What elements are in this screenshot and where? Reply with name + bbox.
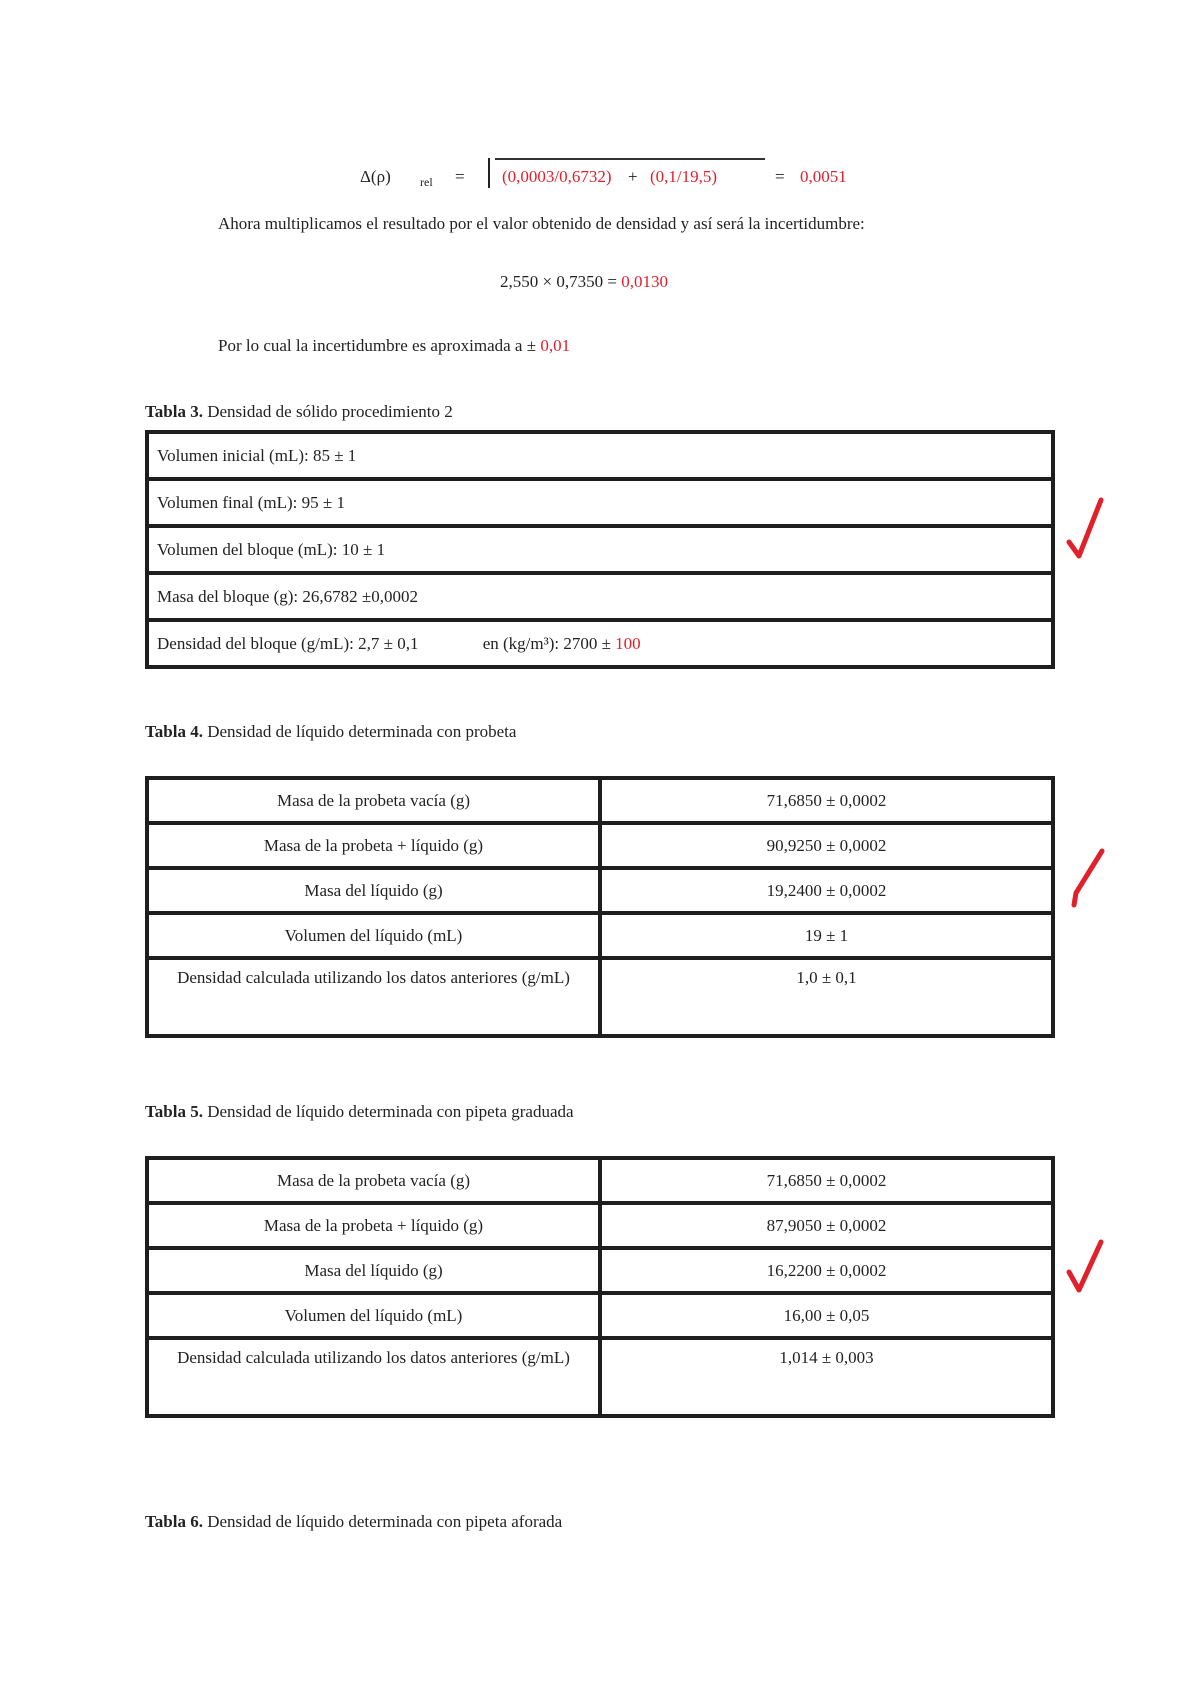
row-value: 19,2400 ± 0,0002 [600, 868, 1053, 913]
row-label: Densidad calculada utilizando los datos … [147, 958, 600, 1036]
conclusion-text: Por lo cual la incertidumbre es aproxima… [218, 336, 540, 355]
table2-caption: Tabla 4. Densidad de líquido determinada… [145, 722, 516, 742]
density-kg-uncertainty: 100 [615, 634, 641, 653]
table3-caption-text: Densidad de líquido determinada con pipe… [203, 1102, 574, 1121]
row-value: 71,6850 ± 0,0002 [600, 778, 1053, 823]
table-cell: Densidad del bloque (g/mL): 2,7 ± 0,1 en… [147, 620, 1053, 667]
table-row: Volumen inicial (mL): 85 ± 1 [147, 432, 1053, 479]
table-row: Volumen final (mL): 95 ± 1 [147, 479, 1053, 526]
row-label: Masa del líquido (g) [147, 868, 600, 913]
row-label: Volumen del líquido (mL) [147, 913, 600, 958]
table-row: Densidad calculada utilizando los datos … [147, 958, 1053, 1036]
row-value: 19 ± 1 [600, 913, 1053, 958]
equation-text: 2,550 × 0,7350 = [500, 272, 621, 291]
table-row: Masa del líquido (g)16,2200 ± 0,0002 [147, 1248, 1053, 1293]
table-row: Masa de la probeta vacía (g)71,6850 ± 0,… [147, 1158, 1053, 1203]
row-label: Volumen del líquido (mL) [147, 1293, 600, 1338]
row-value: 1,0 ± 0,1 [600, 958, 1053, 1036]
formula-term1: (0,0003/0,6732) [502, 167, 612, 187]
table3-caption: Tabla 5. Densidad de líquido determinada… [145, 1102, 574, 1122]
formula-result: 0,0051 [800, 167, 847, 187]
table2-caption-label: Tabla 4. [145, 722, 203, 741]
checkmark-icon [1068, 845, 1108, 915]
table4-caption-text: Densidad de líquido determinada con pipe… [203, 1512, 562, 1531]
table-liquid-density-probeta: Masa de la probeta vacía (g)71,6850 ± 0,… [145, 776, 1055, 1038]
formula-left: Δ(ρ) [360, 167, 391, 187]
table-cell: Masa del bloque (g): 26,6782 ±0,0002 [147, 573, 1053, 620]
table-row: Volumen del líquido (mL)16,00 ± 0,05 [147, 1293, 1053, 1338]
row-value: 90,9250 ± 0,0002 [600, 823, 1053, 868]
formula-subscript: rel [420, 175, 433, 190]
table-row: Masa de la probeta + líquido (g)87,9050 … [147, 1203, 1053, 1248]
table-solid-density: Volumen inicial (mL): 85 ± 1 Volumen fin… [145, 430, 1055, 669]
sqrt-bar [495, 158, 765, 160]
formula-equals-2: = [775, 167, 785, 187]
explanation-paragraph: Ahora multiplicamos el resultado por el … [218, 208, 998, 240]
equation-result: 0,0130 [621, 272, 668, 291]
row-value: 1,014 ± 0,003 [600, 1338, 1053, 1416]
row-label: Masa de la probeta vacía (g) [147, 778, 600, 823]
conclusion-line: Por lo cual la incertidumbre es aproxima… [218, 336, 570, 356]
table1-caption: Tabla 3. Densidad de sólido procedimient… [145, 402, 453, 422]
table4-caption: Tabla 6. Densidad de líquido determinada… [145, 1512, 562, 1532]
row-label: Masa de la probeta + líquido (g) [147, 823, 600, 868]
formula-equals: = [455, 167, 465, 187]
table-cell: Volumen inicial (mL): 85 ± 1 [147, 432, 1053, 479]
conclusion-value: 0,01 [540, 336, 570, 355]
formula-term2: (0,1/19,5) [650, 167, 717, 187]
table-row: Masa del líquido (g)19,2400 ± 0,0002 [147, 868, 1053, 913]
table-row: Masa de la probeta + líquido (g)90,9250 … [147, 823, 1053, 868]
table-cell: Volumen final (mL): 95 ± 1 [147, 479, 1053, 526]
table1-caption-text: Densidad de sólido procedimiento 2 [203, 402, 453, 421]
table4-caption-label: Tabla 6. [145, 1512, 203, 1531]
table-row: Volumen del bloque (mL): 10 ± 1 [147, 526, 1053, 573]
density-label: Densidad del bloque (g/mL): 2,7 ± 0,1 [157, 634, 418, 653]
row-label: Masa de la probeta + líquido (g) [147, 1203, 600, 1248]
density-kg-label: en (kg/m³): 2700 ± [483, 634, 615, 653]
table1-caption-label: Tabla 3. [145, 402, 203, 421]
table-cell: Volumen del bloque (mL): 10 ± 1 [147, 526, 1053, 573]
checkmark-icon [1065, 492, 1105, 562]
row-value: 87,9050 ± 0,0002 [600, 1203, 1053, 1248]
table-row: Volumen del líquido (mL)19 ± 1 [147, 913, 1053, 958]
table-row: Densidad del bloque (g/mL): 2,7 ± 0,1 en… [147, 620, 1053, 667]
formula-plus: + [628, 167, 638, 187]
sqrt-symbol-icon [488, 158, 496, 188]
row-value: 16,2200 ± 0,0002 [600, 1248, 1053, 1293]
row-label: Masa del líquido (g) [147, 1248, 600, 1293]
row-label: Masa de la probeta vacía (g) [147, 1158, 600, 1203]
row-value: 71,6850 ± 0,0002 [600, 1158, 1053, 1203]
row-value: 16,00 ± 0,05 [600, 1293, 1053, 1338]
table-row: Densidad calculada utilizando los datos … [147, 1338, 1053, 1416]
table3-caption-label: Tabla 5. [145, 1102, 203, 1121]
checkmark-icon [1065, 1232, 1105, 1302]
multiplication-equation: 2,550 × 0,7350 = 0,0130 [500, 272, 668, 292]
uncertainty-formula: Δ(ρ) rel = (0,0003/0,6732) + (0,1/19,5) … [360, 155, 880, 195]
table-row: Masa de la probeta vacía (g)71,6850 ± 0,… [147, 778, 1053, 823]
row-label: Densidad calculada utilizando los datos … [147, 1338, 600, 1416]
table-row: Masa del bloque (g): 26,6782 ±0,0002 [147, 573, 1053, 620]
table-liquid-density-pipeta: Masa de la probeta vacía (g)71,6850 ± 0,… [145, 1156, 1055, 1418]
table2-caption-text: Densidad de líquido determinada con prob… [203, 722, 516, 741]
